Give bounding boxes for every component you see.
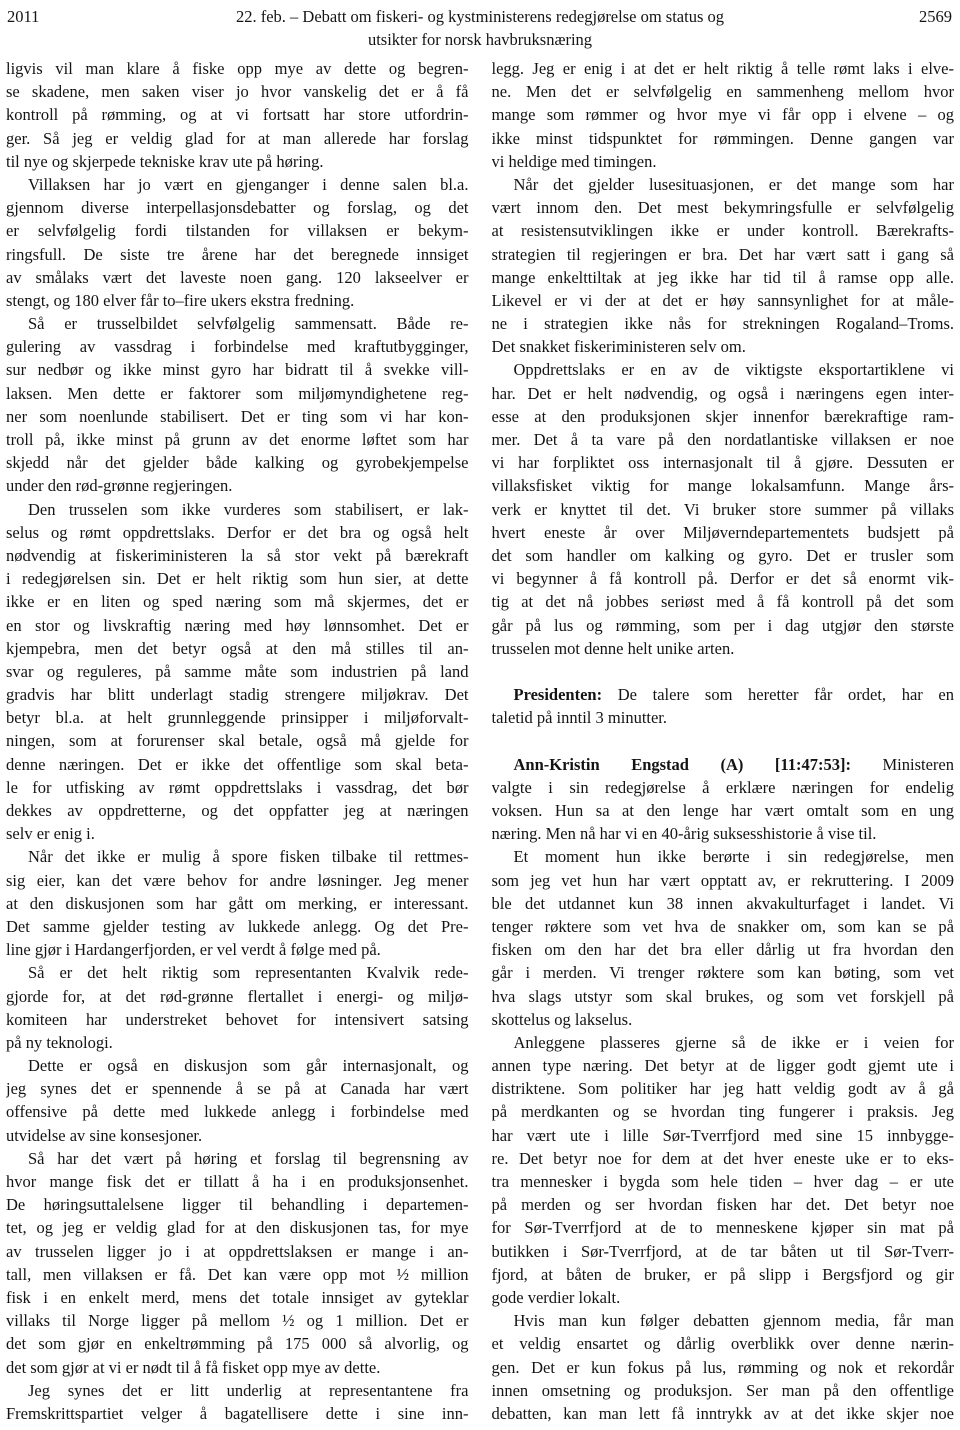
text-line: Så har det vært på høring et forslag til… [6, 1147, 469, 1170]
left-column: ligvis vil man klare å fiske opp mye av … [6, 57, 469, 1425]
text-line: næring. Men nå har vi en 40-årig suksess… [492, 822, 955, 845]
text-line: gen. Det er kun fokus på lus, rømming og… [492, 1356, 955, 1379]
text-line: mange enkelttiltak at jeg ikke har tid t… [492, 266, 955, 289]
text-line: på ny teknologi. [6, 1031, 469, 1054]
text-line: laksen. Men dette er faktorer som miljøm… [6, 382, 469, 405]
text-line: ne. Men det er selvfølgelig en sammenhen… [492, 80, 955, 103]
text-line: ringsfull. De siste tre årene har det be… [6, 243, 469, 266]
paragraph: Når det ikke er mulig å spore fisken til… [6, 845, 469, 961]
text-line: at den diskusjonen som har gått om merki… [6, 892, 469, 915]
paragraph: Så er det helt riktig som representanten… [6, 961, 469, 1054]
text-line: kontroll på rømming, og at vi fortsatt h… [6, 103, 469, 126]
text-line: gjennom diverse interpellasjonsdebatter … [6, 196, 469, 219]
paragraph: Hvis man kun følger debatten gjennom med… [492, 1309, 955, 1425]
text-line: butikken i Sør-Tverrfjord, at de tar båt… [492, 1240, 955, 1263]
text-line: selus og rømt oppdrettslaks. Derfor er d… [6, 521, 469, 544]
text-line: gradvis har blitt underlagt stadig stren… [6, 683, 469, 706]
text-line: har vært ute i lille Sør-Tverrfjord med … [492, 1124, 955, 1147]
paragraph: Så er trusselbildet selvfølgelig sammens… [6, 312, 469, 498]
text-line: Fremskrittspartiet velger å bagatelliser… [6, 1402, 469, 1425]
text-line: i redegjørelsen sin. Det er helt riktig … [6, 567, 469, 590]
text-line: Ann-Kristin Engstad (A) [11:47:53]: Mini… [492, 753, 955, 776]
paragraph: Dette er også en diskusjon som går inter… [6, 1054, 469, 1147]
paragraph: Når det gjelder lusesituasjonen, er det … [492, 173, 955, 359]
text-line: villaks til Norge ligger på mellom ½ og … [6, 1309, 469, 1332]
text-line: skjedd når det gjelder både kalking og g… [6, 451, 469, 474]
text-line: Så er trusselbildet selvfølgelig sammens… [6, 312, 469, 335]
text-line: villaksfisket viktig for mange lokalsamf… [492, 474, 955, 497]
text-line: gulering av vassdrag i forbindelse med k… [6, 335, 469, 358]
text-line: skottelus og lakselus. [492, 1008, 955, 1031]
text-line: nødvendig at fiskeriministeren la så sto… [6, 544, 469, 567]
text-line: offensive på dette med lukkede anlegg i … [6, 1100, 469, 1123]
paragraph: Ann-Kristin Engstad (A) [11:47:53]: Mini… [492, 753, 955, 846]
text-line: av smålaks vært det laveste noen gang. 1… [6, 266, 469, 289]
paragraph: Jeg synes det er litt underlig at repres… [6, 1379, 469, 1425]
text-line: av trusselen ligger jo i at oppdrettslak… [6, 1240, 469, 1263]
text-line: ikke er en liten og sped næring som må s… [6, 590, 469, 613]
paragraph: Den trusselen som ikke vurderes som stab… [6, 498, 469, 846]
text-line: utvidelse av sine konsesjoner. [6, 1124, 469, 1147]
paragraph: Oppdrettslaks er en av de viktigste eksp… [492, 358, 955, 659]
text-line: det som gjør en enkeltrømming på 175 000… [6, 1332, 469, 1355]
text-line: Så er det helt riktig som representanten… [6, 961, 469, 984]
text-line: som jeg vet hun har vært opptatt av, er … [492, 869, 955, 892]
text-line: legg. Jeg er enig i at det er helt rikti… [492, 57, 955, 80]
text-line: sur nedbør og ikke minst gyro har bidrat… [6, 358, 469, 381]
text-line: ner som noenlunde stabilisert. Det er ti… [6, 405, 469, 428]
text-line: Det snakket fiskeriministeren selv om. [492, 335, 955, 358]
text-line: ikke minst tidspunktet for rømmingen. De… [492, 127, 955, 150]
text-line: et veldig ensartet og dårlig overblikk o… [492, 1332, 955, 1355]
text-line: vært innom den. Det mest bekymringsfulle… [492, 196, 955, 219]
text-line: troll på, ikke minst på grunn av det eno… [6, 428, 469, 451]
text-line: gode verdier lokalt. [492, 1286, 955, 1309]
text-line: Oppdrettslaks er en av de viktigste eksp… [492, 358, 955, 381]
text-line: tet, og jeg er veldig glad for at den di… [6, 1216, 469, 1239]
text-line: tig at det nå jobbes seriøst med å få ko… [492, 590, 955, 613]
text-columns: ligvis vil man klare å fiske opp mye av … [6, 57, 954, 1425]
text-line: svar og reguleres, på samme måte som ind… [6, 660, 469, 683]
text-line: le for utfisking av rømt oppdrettslaks i… [6, 776, 469, 799]
text-line: gjorde for, at det rød-grønne flertallet… [6, 985, 469, 1008]
text-line: hvert eneste år over Miljøverndepartemen… [492, 521, 955, 544]
text-line: fjord, at båten de bruker, er på slipp i… [492, 1263, 955, 1286]
text-line: jeg synes det er spennende å se på at Ca… [6, 1077, 469, 1100]
text-line: vi heldige med timingen. [492, 150, 955, 173]
text-line: dekkes av oppdretterne, og det oppfatter… [6, 799, 469, 822]
text-line: vi begynner å få kontroll på. Derfor er … [492, 567, 955, 590]
text-line: ligvis vil man klare å fiske opp mye av … [6, 57, 469, 80]
text-line: trusselen mot denne helt unike arten. [492, 637, 955, 660]
paragraph: Anleggene plasseres gjerne så de ikke er… [492, 1031, 955, 1309]
text-line: denne næringen. Det er ikke det offentli… [6, 753, 469, 776]
text-line: mer. Det å ta vare på den nordatlantiske… [492, 428, 955, 451]
text-line: annen type næring. Det betyr at de ligge… [492, 1054, 955, 1077]
text-line: at resistensutviklingen ikke er under ko… [492, 219, 955, 242]
text-line: verk er knyttet til det. Vi bruker store… [492, 498, 955, 521]
text-line: De høringsuttalelsene ligger til behandl… [6, 1193, 469, 1216]
text-line: betyr bl.a. at helt grunnleggende prinsi… [6, 706, 469, 729]
text-line: ble det utdannet kun 38 innen akvakultur… [492, 892, 955, 915]
presidenten-label: Presidenten: [514, 685, 603, 704]
text-line: selv er enig i. [6, 822, 469, 845]
text-line: under den rød-grønne regjeringen. [6, 474, 469, 497]
text-line: tra mennesker i bygda som hele tiden – h… [492, 1170, 955, 1193]
text-line: mange som rømmer og hvor mye vi får opp … [492, 103, 955, 126]
text-line: en stor og livskraftig næring med høy lø… [6, 614, 469, 637]
speaker-name-timestamp: Ann-Kristin Engstad (A) [11:47:53]: [514, 755, 851, 774]
paragraph: Villaksen har jo vært en gjenganger i de… [6, 173, 469, 312]
header-title-line1: 22. feb. – Debatt om fiskeri- og kystmin… [110, 6, 850, 29]
text-line: stengt, og 180 elver får to–fire ukers e… [6, 289, 469, 312]
paragraph: ligvis vil man klare å fiske opp mye av … [6, 57, 469, 173]
text-line: Dette er også en diskusjon som går inter… [6, 1054, 469, 1077]
text-line: vi har forpliktet oss internasjonalt til… [492, 451, 955, 474]
text-line: Det samme gjelder testing av lukkede anl… [6, 915, 469, 938]
proceedings-page: 2011 22. feb. – Debatt om fiskeri- og ky… [0, 0, 960, 1430]
text-line: tenger røktere som vet hva de snakker om… [492, 915, 955, 938]
paragraph: Presidenten: De talere som heretter får … [492, 683, 955, 729]
text-line: går på lus og rømming, som per i dag utg… [492, 614, 955, 637]
text-line: ger. Så jeg er veldig glad for at man al… [6, 127, 469, 150]
paragraph: Et moment hun ikke berørte i sin redegjø… [492, 845, 955, 1031]
text-line: fisken om den har det bra eller dårlig u… [492, 938, 955, 961]
text-line: på merdkanten og se hvordan ting fungere… [492, 1100, 955, 1123]
text-line: på merden og ser hvordan fisken har det.… [492, 1193, 955, 1216]
text-line: Anleggene plasseres gjerne så de ikke er… [492, 1031, 955, 1054]
text-line: har. Det er helt nødvendig, og også i næ… [492, 382, 955, 405]
text-line: til nye og skjerpede tekniske krav ute p… [6, 150, 469, 173]
text-line: valgte i sin redegjørelse å erklære næri… [492, 776, 955, 799]
text-line: strategien til regjeringen er bra. Det h… [492, 243, 955, 266]
text-line: Hvis man kun følger debatten gjennom med… [492, 1309, 955, 1332]
text-line: line gjør i Hardangerfjorden, er vel ver… [6, 938, 469, 961]
text-line: hva slags utstyr som skal brukes, og som… [492, 985, 955, 1008]
text-line: hvor mange fisk det er tillatt å ha i en… [6, 1170, 469, 1193]
text-line: Når det gjelder lusesituasjonen, er det … [492, 173, 955, 196]
paragraph: Så har det vært på høring et forslag til… [6, 1147, 469, 1379]
header-page-number: 2569 [919, 7, 952, 27]
text-line: det som handler om kalking og gyro. Det … [492, 544, 955, 567]
text-line: kjempebra, men det betyr også at den må … [6, 637, 469, 660]
page-header: 2011 22. feb. – Debatt om fiskeri- og ky… [0, 6, 960, 52]
text-line: går i merden. Vi trenger røktere som kan… [492, 961, 955, 984]
text-line: er selvfølgelig fordi tilstanden for vil… [6, 219, 469, 242]
text-line: komiteen har understreket behovet for in… [6, 1008, 469, 1031]
text-line: distriktene. Som politiker har jeg hatt … [492, 1077, 955, 1100]
text-line: Når det ikke er mulig å spore fisken til… [6, 845, 469, 868]
header-title: 22. feb. – Debatt om fiskeri- og kystmin… [110, 6, 850, 51]
text-line: tall, men villaksen er få. Det kan være … [6, 1263, 469, 1286]
paragraph: legg. Jeg er enig i at det er helt rikti… [492, 57, 955, 173]
text-line: Jeg synes det er litt underlig at repres… [6, 1379, 469, 1402]
right-column: legg. Jeg er enig i at det er helt rikti… [492, 57, 955, 1425]
text-line: Et moment hun ikke berørte i sin redegjø… [492, 845, 955, 868]
header-title-line2: utsikter for norsk havbruksnæring [110, 29, 850, 52]
text-line: fisk i en enkelt merd, mens det totale i… [6, 1286, 469, 1309]
text-line: re. Det betyr noe for dem at det hver en… [492, 1147, 955, 1170]
text-line: debatten, kan man lett få inntrykk av at… [492, 1402, 955, 1425]
text-line: Villaksen har jo vært en gjenganger i de… [6, 173, 469, 196]
text-line: Presidenten: De talere som heretter får … [492, 683, 955, 706]
header-year: 2011 [7, 7, 39, 27]
text-line: innen omsetning og produksjon. Ser man p… [492, 1379, 955, 1402]
text-line: voksen. Hun sa at den lenge har vært omt… [492, 799, 955, 822]
text-line: Likevel er vi der at det er høy sannsynl… [492, 289, 955, 312]
text-line: det som gjør at vi er nødt til å få fisk… [6, 1356, 469, 1379]
text-line: taletid på inntil 3 minutter. [492, 706, 955, 729]
text-line: ne i strategien ikke nås for strekningen… [492, 312, 955, 335]
text-line: for Sør-Tverrfjord at de to menneskene k… [492, 1216, 955, 1239]
text-line: sig eier, kan det være behov for andre l… [6, 869, 469, 892]
text-line: esse at den produksjonen skjer innenfor … [492, 405, 955, 428]
text-line: ningen, som at forurenser skal betale, o… [6, 729, 469, 752]
text-line: se skadene, men saken viser jo hvor vans… [6, 80, 469, 103]
text-line: Den trusselen som ikke vurderes som stab… [6, 498, 469, 521]
